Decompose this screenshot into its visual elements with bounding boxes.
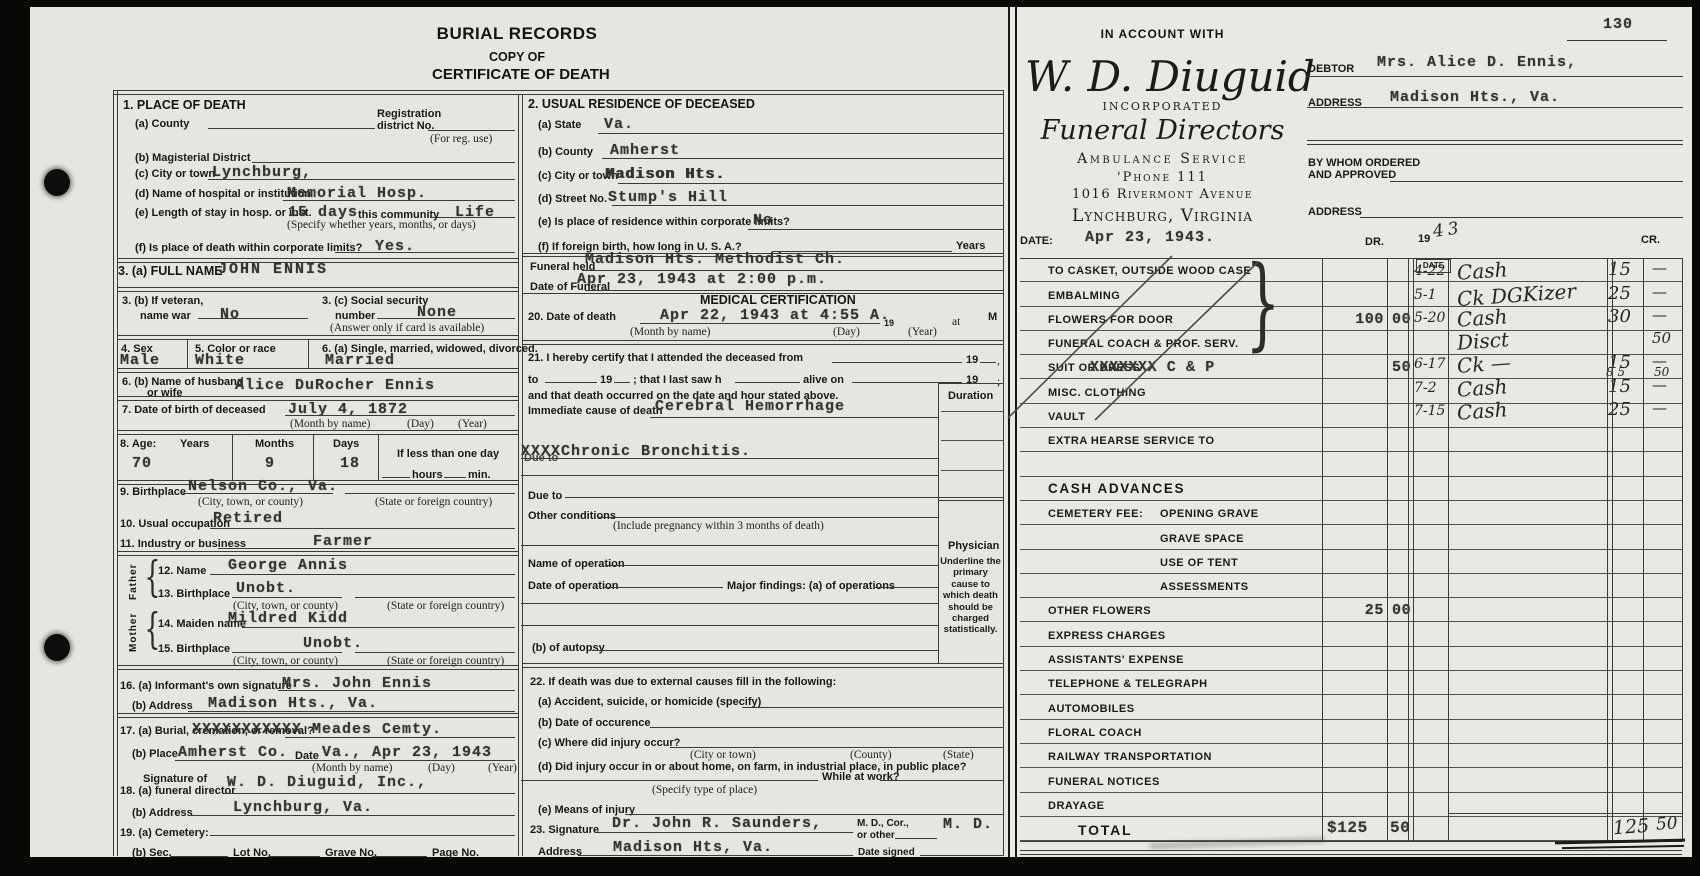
rule <box>232 597 342 598</box>
ledger-row: USE OF TENT <box>1020 550 1682 574</box>
ledger-item-label: EXPRESS CHARGES <box>1048 630 1166 642</box>
ledger-row: FUNERAL NOTICES <box>1020 768 1682 792</box>
informant-address-label: (b) Address <box>132 700 193 713</box>
occupation-value: Retired <box>213 511 283 526</box>
ledger-row: CEMETERY FEE: OPENING GRAVE <box>1020 501 1682 525</box>
page-fold-line <box>1008 6 1010 857</box>
other-conditions-hint: (Include pregnancy within 3 months of de… <box>613 520 824 533</box>
director-address-label: (b) Address <box>132 807 193 820</box>
fullname-value: JOHN ENNIS <box>218 262 328 277</box>
rule <box>198 318 308 319</box>
md-value: M. D. <box>943 817 993 832</box>
spouse-label1: 6. (b) Name of husband <box>122 376 244 389</box>
rule <box>522 667 1003 668</box>
ledger-row: EXTRA HEARSE SERVICE TO <box>1020 428 1682 452</box>
birthdate-hint1: (Month by name) <box>290 418 370 431</box>
rule <box>941 411 1003 412</box>
res-corporate-value: No <box>753 213 773 228</box>
rule <box>117 396 518 397</box>
burial-place-label: (b) Place <box>132 748 178 761</box>
credit-description: Ck — <box>1456 353 1511 377</box>
rule <box>313 434 314 480</box>
father-label: Father <box>128 560 139 600</box>
birthplace-label: 9. Birthplace <box>120 486 186 499</box>
credit-cents: — <box>1652 285 1667 300</box>
cause-label: Immediate cause of death <box>528 405 663 418</box>
father-birthplace-value: Unobt. <box>236 581 296 596</box>
rule <box>335 252 515 253</box>
reg-label2: district No. <box>377 120 434 133</box>
rule <box>210 574 515 575</box>
rule <box>187 339 188 368</box>
rule <box>1448 813 1682 814</box>
incorporated-label: INCORPORATED <box>1040 100 1285 113</box>
rule <box>117 258 518 259</box>
rule <box>578 855 853 856</box>
s22-heading: 22. If death was due to external causes … <box>530 676 836 689</box>
credit-cents: — <box>1652 401 1667 416</box>
to-19: 19 <box>600 374 612 387</box>
rule <box>252 162 515 163</box>
rule <box>920 855 1003 856</box>
rule <box>117 713 518 714</box>
rule <box>880 780 1003 781</box>
birthdate-hint2: (Day) <box>407 418 434 431</box>
rule <box>285 737 515 738</box>
ledger-item-label: AUTOMOBILES <box>1048 703 1135 715</box>
and-approved-label: AND APPROVED <box>1308 169 1396 182</box>
cr-label: CR. <box>1641 234 1660 247</box>
in-account-with: IN ACCOUNT WITH <box>1040 27 1285 41</box>
doc-subtitle1: COPY OF <box>432 50 602 64</box>
md-cor-label: M. D., Cor., <box>857 818 909 830</box>
ssn-label: 3. (c) Social security <box>322 295 428 308</box>
rule <box>1643 258 1644 841</box>
ledger-row: GRAVE SPACE <box>1020 525 1682 549</box>
rule <box>521 458 938 459</box>
rule <box>1448 258 1449 841</box>
rule <box>522 344 1003 345</box>
stay-hint: (Specify whether years, months, or days) <box>287 219 476 232</box>
injury-hint1: (City or town) <box>690 749 756 762</box>
magisterial-label: (b) Magisterial District <box>135 152 251 165</box>
injury-hint3: (State) <box>943 749 974 762</box>
ledger-item-sublabel: OPENING GRAVE <box>1160 508 1259 520</box>
injury-hint2: (County) <box>850 749 892 762</box>
rule <box>117 335 518 336</box>
rule <box>1307 140 1683 141</box>
rule <box>208 179 515 180</box>
by-whom-ordered-label: BY WHOM ORDERED <box>1308 157 1420 170</box>
page-number: 130 <box>1603 17 1633 32</box>
credit-date: 5-1 <box>1414 288 1437 302</box>
rule <box>345 493 515 494</box>
year-handwritten: 43 <box>1432 220 1464 241</box>
burial-place-value: Amherst Co. <box>178 745 288 760</box>
rule <box>895 838 937 839</box>
res-county-label: (b) County <box>538 146 593 159</box>
while-at-work-label: While at work? <box>822 771 900 784</box>
ledger-row: EXPRESS CHARGES <box>1020 622 1682 646</box>
credit-cents: — <box>1652 261 1667 276</box>
credit-date: 5-20 <box>1414 311 1445 325</box>
informant-address-value: Madison Hts., Va. <box>208 696 378 711</box>
burial-hint2: (Day) <box>428 762 455 775</box>
number-label: number <box>335 310 375 323</box>
rule <box>430 217 515 218</box>
rule <box>521 625 938 626</box>
years-label: Years <box>180 438 209 451</box>
rule <box>188 815 515 816</box>
rule <box>1390 181 1683 182</box>
rule <box>428 130 515 131</box>
ledger-item-sublabel: USE OF TENT <box>1160 557 1238 569</box>
rule <box>117 551 518 552</box>
physician-address-value: Madison Hts, Va. <box>613 840 773 855</box>
firm-name-script: W. D. Diuguid <box>1025 52 1300 101</box>
rule <box>218 548 515 549</box>
res-county-value: Amherst <box>610 143 680 158</box>
credit-note2: 50 <box>1654 366 1669 378</box>
age-years-value: 70 <box>132 456 152 471</box>
credit-description: Cash <box>1456 306 1508 329</box>
funeral-date-value: Apr 23, 1943 at 2:00 p.m. <box>577 272 827 287</box>
father-birthplace-label: 13. Birthplace <box>158 588 230 601</box>
rule <box>585 290 1003 291</box>
spouse-value: Alice DuRocher Ennis <box>235 378 435 393</box>
foreign-years-label: Years <box>956 240 985 253</box>
rule <box>605 565 938 566</box>
rule <box>603 587 723 588</box>
death-hint2: (Day) <box>833 326 860 339</box>
rule <box>1413 258 1414 841</box>
rule <box>117 669 518 670</box>
credit-description: Disct <box>1456 329 1509 353</box>
certify-19: 19 <box>966 354 978 367</box>
credit-date: 6-17 <box>1414 357 1445 371</box>
lessthanday-label: If less than one day <box>397 448 499 461</box>
funeral-directors-script: Funeral Directors <box>1040 115 1285 146</box>
namewar-label: name war <box>140 310 191 323</box>
rule <box>565 497 938 498</box>
ledger-item-label: FUNERAL NOTICES <box>1048 776 1160 788</box>
death-date-label: 20. Date of death <box>528 311 616 324</box>
rule <box>941 440 1003 441</box>
alive-19: 19 <box>966 374 978 387</box>
rule <box>117 368 518 369</box>
rule <box>382 477 410 478</box>
burial-hint1: (Month by name) <box>312 762 392 775</box>
mother-birthplace-label: 15. Birthplace <box>158 643 230 656</box>
rule <box>980 362 996 363</box>
rule <box>355 597 515 598</box>
street-label: (d) Street No. <box>538 193 607 206</box>
rule <box>1612 258 1613 841</box>
findings-label: Major findings: (a) of operations <box>727 580 895 593</box>
address2-label: ADDRESS <box>1308 206 1362 219</box>
credit-date: 7-15 <box>1414 404 1445 418</box>
burial-date-value: Va., Apr 23, 1943 <box>322 745 492 760</box>
funeral-held-value: Madison Hts. Methodist Ch. <box>585 252 845 267</box>
rule <box>1360 217 1683 218</box>
ledger-item-label: FLORAL COACH <box>1048 727 1142 739</box>
debit-dollars: 25 <box>1322 603 1384 618</box>
birthdate-hint3: (Year) <box>458 418 487 431</box>
rule <box>521 780 818 781</box>
rule <box>938 383 1003 384</box>
rule <box>1307 76 1683 77</box>
rule <box>545 382 597 383</box>
ledger-row: ASSISTANTS' EXPENSE <box>1020 647 1682 671</box>
county-label: (a) County <box>135 118 189 131</box>
rule <box>614 382 630 383</box>
hospital-value: Memorial Hosp. <box>287 186 427 201</box>
rule <box>183 493 333 494</box>
s1-heading: 1. PLACE OF DEATH <box>123 99 246 113</box>
rule <box>283 200 515 201</box>
printed-19: 19 <box>884 318 894 328</box>
rule <box>592 650 938 651</box>
birthplace-hint1: (City, town, or county) <box>198 496 303 509</box>
rule <box>224 793 515 794</box>
rule <box>117 287 518 288</box>
mother-name-value: Mildred Kidd <box>228 611 348 626</box>
scan-edge-top <box>0 0 1700 7</box>
total-credit-dollars: 125 <box>1612 817 1650 838</box>
rule <box>1307 144 1683 145</box>
dr-label: DR. <box>1365 236 1384 249</box>
rule <box>938 497 1003 498</box>
rule <box>1020 854 1682 855</box>
rule <box>1307 107 1683 108</box>
physician-note: Underline the primary cause to which dea… <box>939 556 1002 636</box>
rule <box>640 323 880 324</box>
rule <box>522 340 1003 341</box>
burial-hint3: (Year) <box>488 762 517 775</box>
birthplace-value: Nelson Co., Va. <box>188 479 338 494</box>
rule <box>117 372 518 373</box>
m-label: M <box>988 311 997 324</box>
total-label: TOTAL <box>1078 822 1132 838</box>
corporate-label: (f) Is place of death within corporate l… <box>135 242 362 255</box>
veteran-value: No <box>220 307 240 322</box>
s2-heading: 2. USUAL RESIDENCE OF DECEASED <box>528 98 755 112</box>
director-label2: 18. (a) funeral director <box>120 785 236 798</box>
res-city-value: Madison Hts. <box>605 167 725 182</box>
rule <box>522 663 1003 664</box>
total-debit-dollars: $125 <box>1327 820 1368 836</box>
age-months-value: 9 <box>265 456 275 471</box>
rule <box>113 90 114 856</box>
street-address-label: 1016 Rivermont Avenue <box>1040 187 1285 202</box>
ledger-item-sublabel: GRAVE SPACE <box>1160 533 1244 545</box>
to-label: to <box>528 374 538 387</box>
age-label: 8. Age: <box>120 438 156 451</box>
ledger-row: ASSESSMENTS <box>1020 574 1682 598</box>
rule <box>518 94 519 856</box>
rule <box>1387 258 1388 841</box>
credit-cents: 50 <box>1652 331 1671 346</box>
ambulance-service-label: Ambulance Service <box>1040 151 1285 167</box>
informant-label: 16. (a) Informant's own signature <box>120 680 292 693</box>
days-label: Days <box>333 438 359 451</box>
ledger-row <box>1020 452 1682 476</box>
ssn-hint: (Answer only if card is available) <box>330 322 484 335</box>
rule <box>113 94 1003 95</box>
death-date-value: Apr 22, 1943 at 4:55 A. <box>660 308 890 323</box>
rule <box>242 627 515 628</box>
rule <box>117 90 118 856</box>
credit-date: 7-2 <box>1414 381 1437 395</box>
hospital-label: (d) Name of hospital or institution <box>135 188 311 201</box>
rule <box>938 500 1003 501</box>
accident-label: (a) Accident, suicide, or homicide (spec… <box>538 696 761 709</box>
rule <box>521 603 938 604</box>
rule <box>113 90 1003 91</box>
reg-label1: Registration <box>377 108 441 121</box>
rule <box>875 587 938 588</box>
rule <box>832 362 962 363</box>
city-label: (c) City or town <box>135 168 215 181</box>
ledger-item-sublabel: ASSESSMENTS <box>1160 581 1249 593</box>
rule <box>188 711 515 712</box>
ledger-row: OTHER FLOWERS 25 00 <box>1020 598 1682 622</box>
rule <box>602 158 1003 159</box>
director-value: W. D. Diuguid, Inc., <box>227 775 427 790</box>
rule <box>285 415 515 416</box>
diagonal-strokes <box>1000 215 1300 430</box>
rule <box>650 727 1003 728</box>
injury-home-label: (d) Did injury occur in or about home, o… <box>538 761 966 774</box>
place-type-hint: (Specify type of place) <box>652 784 757 797</box>
rule <box>444 477 466 478</box>
birthdate-label: 7. Date of birth of deceased <box>122 404 266 417</box>
scanned-burial-record: BURIAL RECORDS COPY OF CERTIFICATE OF DE… <box>0 0 1700 876</box>
where-injury-label: (c) Where did injury occur? <box>538 737 680 750</box>
physician-label: Physician <box>948 540 999 553</box>
rule <box>521 475 938 476</box>
street-value: Stump's Hill <box>608 190 728 205</box>
rule <box>117 665 518 666</box>
burial-value: XXXXXXXXXXX Meades Cemty. <box>192 722 442 737</box>
rule <box>595 832 853 833</box>
rule <box>1003 90 1004 856</box>
certify-label: 21. I hereby certify that I attended the… <box>528 352 803 365</box>
rule <box>1607 258 1608 841</box>
age-days-value: 18 <box>340 456 360 471</box>
rule <box>598 133 1003 134</box>
punch-hole-top <box>44 169 70 196</box>
doc-title: BURIAL RECORDS <box>432 24 602 44</box>
total-debit-cents: 50 <box>1390 820 1410 836</box>
rule <box>117 430 518 431</box>
rule <box>377 318 515 319</box>
ledger-item-label: DRAYAGE <box>1048 800 1105 812</box>
state-label: (a) State <box>538 119 581 132</box>
rule <box>232 652 342 653</box>
rule <box>117 717 518 718</box>
ledger-item-label: OTHER FLOWERS <box>1048 605 1151 617</box>
rule <box>618 183 1003 184</box>
marital-value: Married <box>325 353 395 368</box>
rule <box>612 205 1003 206</box>
debtor-label: DEBTOR <box>1308 63 1354 76</box>
ledger-row: TELEPHONE & TELEGRAPH <box>1020 671 1682 695</box>
scan-edge-left <box>0 0 30 876</box>
veteran-label: 3. (b) If veteran, <box>122 295 203 308</box>
credit-description: Cash <box>1456 399 1508 422</box>
city-value: Lynchburg, <box>212 165 312 180</box>
director-address-value: Lynchburg, Va. <box>233 800 373 815</box>
death-hint1: (Month by name) <box>630 326 710 339</box>
ledger-row: RAILWAY TRANSPORTATION <box>1020 744 1682 768</box>
rule <box>117 434 518 435</box>
ledger-item-label: TELEPHONE & TELEGRAPH <box>1048 678 1208 690</box>
rule <box>117 291 518 292</box>
rule <box>232 434 233 480</box>
cemetery-label: 19. (a) Cemetery: <box>120 827 209 840</box>
rule <box>355 652 515 653</box>
ledger-row: FLORAL COACH <box>1020 720 1682 744</box>
cause-value: Cerebral Hemorrhage <box>655 399 845 414</box>
months-label: Months <box>255 438 294 451</box>
rule <box>210 528 515 529</box>
debtor-value: Mrs. Alice D. Ennis, <box>1377 55 1577 70</box>
occurence-label: (b) Date of occurence <box>538 717 650 730</box>
rule <box>748 229 1003 230</box>
ledger-item-label: RAILWAY TRANSPORTATION <box>1048 751 1212 763</box>
ledger-item-label: CASH ADVANCES <box>1048 481 1185 496</box>
ledger-row: CASH ADVANCES <box>1020 477 1682 501</box>
scan-edge-bottom <box>0 857 1700 876</box>
rule <box>650 417 938 418</box>
credit-description: Cash <box>1456 376 1508 399</box>
at-label: at <box>952 316 960 329</box>
or-other-label: or other <box>857 830 895 842</box>
stay-label: (e) Length of stay in hosp. or inst. <box>135 207 312 220</box>
director-label1: Signature of <box>143 773 207 786</box>
ledger-row: AUTOMOBILES <box>1020 695 1682 719</box>
father-name-label: 12. Name <box>158 565 206 578</box>
debtor-address-value: Madison Hts., Va. <box>1390 90 1560 105</box>
death-hint3: (Year) <box>908 326 937 339</box>
rule <box>210 835 515 836</box>
rule <box>941 470 1003 471</box>
father-hint2: (State or foreign country) <box>387 600 504 613</box>
fullname-label: 3. (a) FULL NAME <box>118 265 223 279</box>
mother-birthplace-value: Unobt. <box>303 636 363 651</box>
sex-value: Male <box>120 353 160 368</box>
state-value: Va. <box>604 117 634 132</box>
medical-cert-heading: MEDICAL CERTIFICATION <box>700 294 856 308</box>
signature-label: 23. Signature <box>530 824 599 837</box>
credit-note1: 8 5 <box>1606 366 1625 378</box>
rule <box>278 690 515 691</box>
alive-label: alive on <box>803 374 844 387</box>
phone-label: 'Phone 111 <box>1040 170 1285 185</box>
total-credit-cents: 50 <box>1655 815 1678 833</box>
autopsy-label: (b) of autopsy <box>532 642 605 655</box>
lastsaw-label: ; that I last saw h <box>633 374 722 387</box>
credit-cents: — <box>1652 308 1667 323</box>
spouse-label2: or wife <box>147 387 182 400</box>
ledger-item-label: CEMETERY FEE: <box>1048 508 1143 520</box>
scan-edge-right <box>1692 0 1700 876</box>
rule <box>378 434 379 480</box>
credit-cents: — <box>1652 378 1667 393</box>
rule <box>670 747 1003 748</box>
rule <box>175 760 515 761</box>
